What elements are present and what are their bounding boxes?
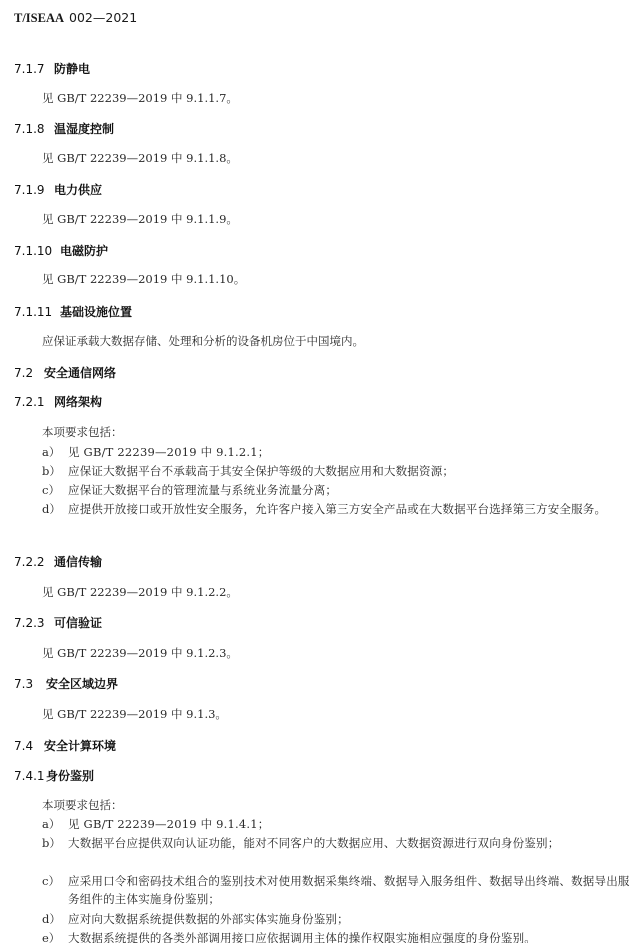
- document-header: T/ISEAA002—2021: [14, 10, 137, 26]
- list-item: b） 应保证大数据平台不承载高于其安全保护等级的大数据应用和大数据资源；: [42, 462, 632, 480]
- heading-7-4: 7.4安全计算环境: [14, 737, 116, 754]
- body-7-1-10: 见 GB/T 22239—2019 中 9.1.1.10。: [42, 271, 245, 287]
- body-7-1-8: 见 GB/T 22239—2019 中 9.1.1.8。: [42, 150, 238, 166]
- heading-7-1-10: 7.1.10电磁防护: [14, 242, 108, 259]
- section-number: 7.2.1: [14, 395, 54, 409]
- standard-number: 002—2021: [69, 10, 137, 25]
- intro-7-2-1: 本项要求包括：: [42, 424, 123, 440]
- heading-7-1-11: 7.1.11基础设施位置: [14, 303, 132, 320]
- body-7-1-11: 应保证承载大数据存储、处理和分析的设备机房位于中国境内。: [42, 333, 364, 349]
- body-7-2-3: 见 GB/T 22239—2019 中 9.1.2.3。: [42, 645, 238, 661]
- section-number: 7.4: [14, 739, 44, 753]
- list-text: 见 GB/T 22239—2019 中 9.1.4.1；: [68, 815, 632, 833]
- list-label: c）: [42, 481, 60, 499]
- list-item: d） 应提供开放接口或开放性安全服务，允许客户接入第三方安全产品或在大数据平台选…: [42, 500, 632, 518]
- list-item: e） 大数据系统提供的各类外部调用接口应依据调用主体的操作权限实施相应强度的身份…: [42, 929, 632, 943]
- list-label: a）: [42, 815, 60, 833]
- section-title: 温湿度控制: [54, 122, 114, 136]
- section-number: 7.2: [14, 366, 44, 380]
- list-text: 大数据平台应提供双向认证功能，能对不同客户的大数据应用、大数据资源进行双向身份鉴…: [68, 834, 632, 852]
- heading-7-1-8: 7.1.8温湿度控制: [14, 120, 114, 137]
- heading-7-3: 7.3安全区域边界: [14, 675, 118, 692]
- heading-7-1-9: 7.1.9电力供应: [14, 181, 102, 198]
- heading-7-1-7: 7.1.7防静电: [14, 60, 90, 77]
- heading-7-2: 7.2安全通信网络: [14, 364, 116, 381]
- section-title: 安全计算环境: [44, 739, 116, 753]
- section-title: 安全区域边界: [46, 677, 118, 691]
- section-title: 基础设施位置: [60, 305, 132, 319]
- body-7-1-7: 见 GB/T 22239—2019 中 9.1.1.7。: [42, 90, 238, 106]
- section-number: 7.2.3: [14, 616, 54, 630]
- section-number: 7.1.10: [14, 244, 60, 258]
- section-number: 7.4.1: [14, 769, 46, 783]
- document-page: T/ISEAA002—2021 7.1.7防静电 见 GB/T 22239—20…: [0, 0, 641, 943]
- list-label: a）: [42, 443, 60, 461]
- section-title: 网络架构: [54, 395, 102, 409]
- section-title: 安全通信网络: [44, 366, 116, 380]
- list-label: b）: [42, 462, 61, 480]
- list-item: c） 应保证大数据平台的管理流量与系统业务流量分离；: [42, 481, 632, 499]
- list-item: a） 见 GB/T 22239—2019 中 9.1.2.1；: [42, 443, 632, 461]
- body-7-3: 见 GB/T 22239—2019 中 9.1.3。: [42, 706, 227, 722]
- section-title: 可信验证: [54, 616, 102, 630]
- section-number: 7.3: [14, 677, 46, 691]
- list-text: 见 GB/T 22239—2019 中 9.1.2.1；: [68, 443, 632, 461]
- heading-7-4-1: 7.4.1身份鉴别: [14, 767, 94, 784]
- body-7-2-2: 见 GB/T 22239—2019 中 9.1.2.2。: [42, 584, 238, 600]
- heading-7-2-2: 7.2.2通信传输: [14, 553, 102, 570]
- heading-7-2-3: 7.2.3可信验证: [14, 614, 102, 631]
- list-label: e）: [42, 929, 60, 943]
- list-item: a） 见 GB/T 22239—2019 中 9.1.4.1；: [42, 815, 632, 833]
- list-label: b）: [42, 834, 61, 852]
- section-title: 电磁防护: [60, 244, 108, 258]
- section-number: 7.1.8: [14, 122, 54, 136]
- section-title: 防静电: [54, 62, 90, 76]
- list-text: 应对向大数据系统提供数据的外部实体实施身份鉴别；: [68, 910, 632, 928]
- section-number: 7.1.11: [14, 305, 60, 319]
- section-title: 电力供应: [54, 183, 102, 197]
- heading-7-2-1: 7.2.1网络架构: [14, 393, 102, 410]
- section-number: 7.2.2: [14, 555, 54, 569]
- list-label: c）: [42, 872, 60, 890]
- list-text: 大数据系统提供的各类外部调用接口应依据调用主体的操作权限实施相应强度的身份鉴别。: [68, 929, 632, 943]
- intro-7-4-1: 本项要求包括：: [42, 797, 123, 813]
- list-text: 应保证大数据平台不承载高于其安全保护等级的大数据应用和大数据资源；: [68, 462, 632, 480]
- standard-code: T/ISEAA: [14, 11, 64, 25]
- body-7-1-9: 见 GB/T 22239—2019 中 9.1.1.9。: [42, 211, 238, 227]
- list-text: 应采用口令和密码技术组合的鉴别技术对使用数据采集终端、数据导入服务组件、数据导出…: [68, 872, 632, 908]
- list-label: d）: [42, 500, 61, 518]
- list-item: b） 大数据平台应提供双向认证功能，能对不同客户的大数据应用、大数据资源进行双向…: [42, 834, 632, 852]
- list-text: 应提供开放接口或开放性安全服务，允许客户接入第三方安全产品或在大数据平台选择第三…: [68, 500, 632, 518]
- list-item: c） 应采用口令和密码技术组合的鉴别技术对使用数据采集终端、数据导入服务组件、数…: [42, 872, 632, 908]
- section-number: 7.1.9: [14, 183, 54, 197]
- section-title: 身份鉴别: [46, 769, 94, 783]
- section-number: 7.1.7: [14, 62, 54, 76]
- list-text: 应保证大数据平台的管理流量与系统业务流量分离；: [68, 481, 632, 499]
- list-label: d）: [42, 910, 61, 928]
- list-item: d） 应对向大数据系统提供数据的外部实体实施身份鉴别；: [42, 910, 632, 928]
- section-title: 通信传输: [54, 555, 102, 569]
